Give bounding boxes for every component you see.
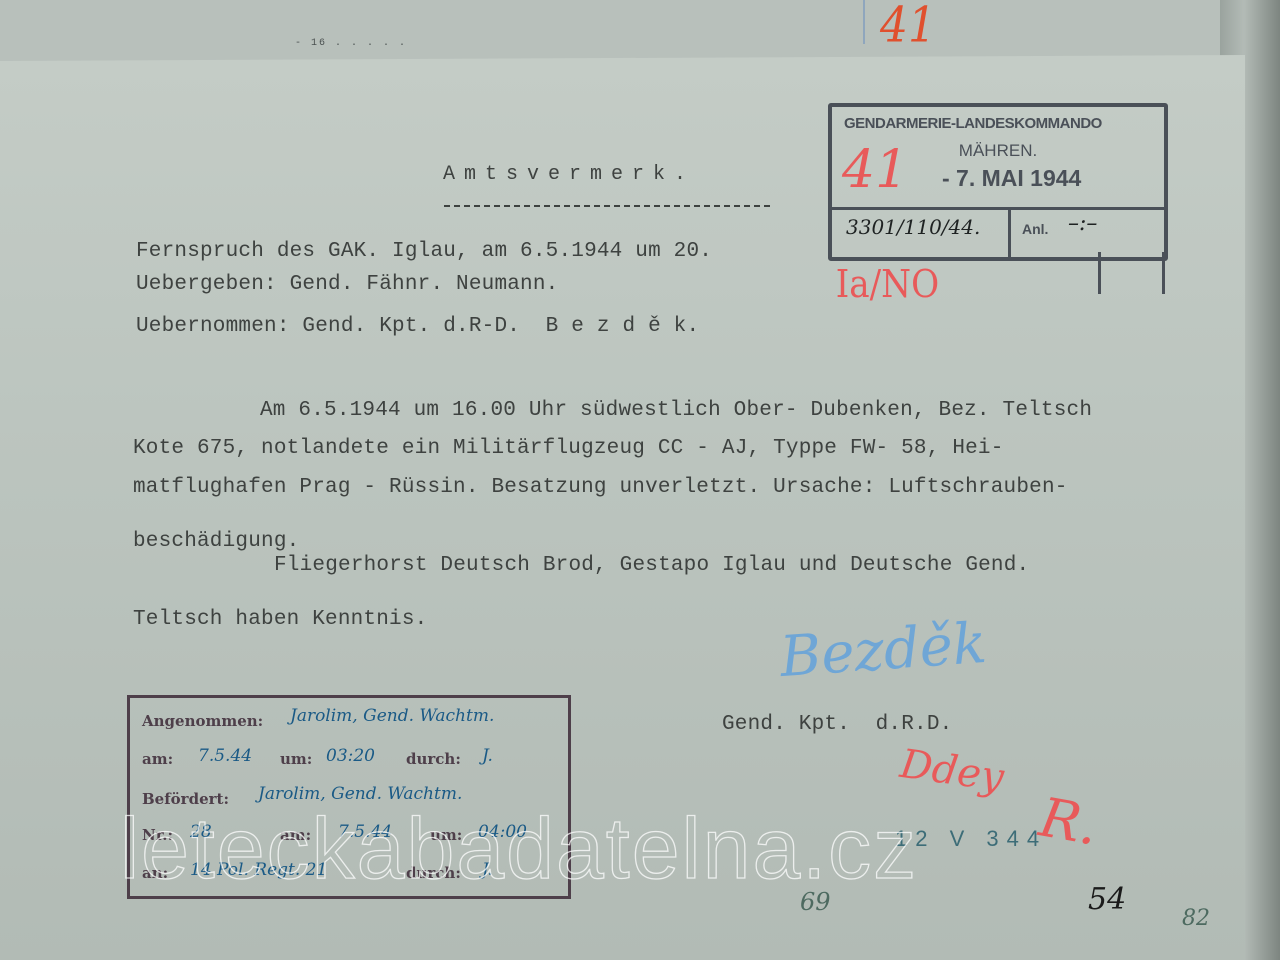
margin-line xyxy=(863,0,865,44)
header-line-fernspruch: Fernspruch des GAK. Iglau, am 6.5.1944 u… xyxy=(136,240,712,263)
stamp-divider xyxy=(832,207,1164,210)
stamp-tick xyxy=(1098,252,1101,294)
body-line-3: matflughafen Prag - Rüssin. Besatzung un… xyxy=(133,476,1068,499)
document-title: Amtsvermerk. xyxy=(443,163,695,186)
background-text: - 16 . . . . . xyxy=(295,38,407,49)
header-line-uebernommen: Uebernommen: Gend. Kpt. d.R-D. B e z d ě… xyxy=(136,315,699,338)
stamp-date: - 7. MAI 1944 xyxy=(942,165,1081,192)
stamp-tick xyxy=(1162,252,1165,294)
um-label: um: xyxy=(280,750,312,768)
am-label: am: xyxy=(142,750,173,768)
corner-number: 82 xyxy=(1182,906,1210,931)
body-line-4: beschädigung. xyxy=(133,530,299,553)
stamp-authority: GENDARMERIE-LANDESKOMMANDO xyxy=(844,115,1102,132)
body-line-5: Fliegerhorst Deutsch Brod, Gestapo Iglau… xyxy=(210,554,1029,577)
angenommen-label: Angenommen: xyxy=(142,712,263,730)
stamp-vertical-divider xyxy=(1008,207,1011,257)
stamp-anl-value: –:– xyxy=(1068,211,1097,236)
signature-block: Gend. Kpt. d.R.D. xyxy=(722,713,952,736)
durch-label: durch: xyxy=(406,750,461,768)
body-line-6: Teltsch haben Kenntnis. xyxy=(133,608,427,631)
red-mark-stamp: 41 xyxy=(842,140,908,200)
title-underline xyxy=(444,205,770,207)
am-value: 7.5.44 xyxy=(198,746,252,766)
header-line-uebergeben: Uebergeben: Gend. Fähnr. Neumann. xyxy=(136,273,558,296)
folio-number: 54 xyxy=(1088,882,1126,917)
um-value: 03:20 xyxy=(326,746,375,766)
angenommen-value: Jarolim, Gend. Wachtm. xyxy=(290,706,494,726)
stamp-reference-number: 3301/110/44. xyxy=(846,215,980,239)
durch-value: J. xyxy=(482,746,493,766)
background-red-mark: 41 xyxy=(880,0,936,54)
body-line-1: Am 6.5.1944 um 16.00 Uhr südwestlich Obe… xyxy=(196,399,1092,422)
body-line-2: Kote 675, notlandete ein Militärflugzeug… xyxy=(133,437,1004,460)
stamp-anl-label: Anl. xyxy=(1022,221,1048,237)
red-annotation-ia-no: Ia/NO xyxy=(836,262,939,306)
watermark: leteckabadatelna.cz xyxy=(120,800,918,899)
